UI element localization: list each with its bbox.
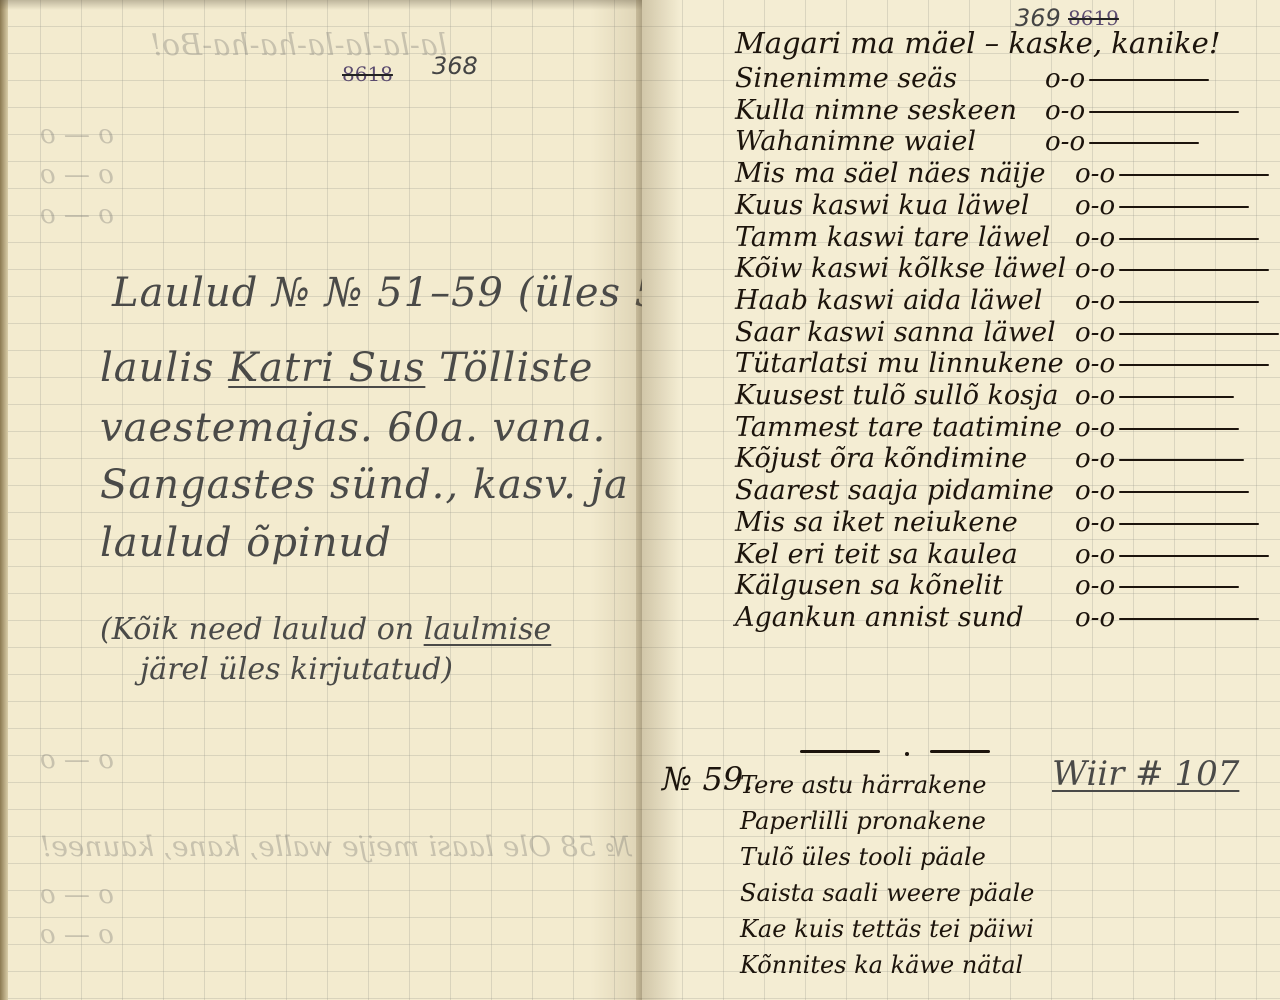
- song-line: Tulõ üles tooli päale: [740, 840, 986, 874]
- song-line: Kulla nimne seskeen: [735, 94, 1017, 128]
- refrain-continuation-line: [1119, 523, 1259, 525]
- song-line: Tammest tare taatimine: [735, 411, 1062, 445]
- refrain-continuation-line: [1089, 142, 1199, 144]
- refrain-continuation-line: [1119, 206, 1249, 208]
- refrain-mark: o-o: [1075, 316, 1279, 350]
- refrain-mark: o-o: [1075, 442, 1244, 476]
- song-line: Mis sa iket neiukene: [735, 506, 1018, 540]
- refrain-continuation-line: [1089, 111, 1239, 113]
- song-line: Agankun annist sund: [735, 601, 1024, 635]
- song-line: Kae kuis tettäs tei päiwi: [740, 912, 1034, 946]
- refrain-text: o-o: [1075, 159, 1115, 189]
- refrain-continuation-line: [1119, 238, 1259, 240]
- refrain-mark: o-o: [1075, 189, 1249, 223]
- note-line-learned: laulud õpinud: [100, 520, 392, 566]
- refrain-text: o-o: [1075, 349, 1115, 379]
- refrain-continuation-line: [1119, 428, 1239, 430]
- remark-line-1: (Kõik need laulud on laulmise: [100, 612, 551, 647]
- section-divider-dot: [905, 752, 909, 756]
- refrain-text: o-o: [1045, 96, 1085, 126]
- song-reference: Wiir # 107: [1052, 754, 1239, 794]
- refrain-text: o-o: [1075, 381, 1115, 411]
- singer-name: Katri Sus: [228, 345, 425, 391]
- refrain-mark: o-o: [1075, 252, 1269, 286]
- bleed-through-text: № 58 Ole laasi meije walle, kane, kaunee…: [40, 830, 631, 863]
- remark-underlined: laulmise: [424, 612, 552, 647]
- refrain-mark: o-o: [1075, 601, 1259, 635]
- song-line: Kõiw kaswi kõlkse läwel: [735, 252, 1066, 286]
- song-title: Magari ma mäel – kaske, kanike!: [735, 26, 1220, 60]
- refrain-text: o-o: [1075, 413, 1115, 443]
- refrain-continuation-line: [1119, 364, 1269, 366]
- left-page: la-la-la-la-ha-ha-Bo! o — o o — o o — o …: [0, 0, 642, 1000]
- section-divider: [800, 750, 880, 753]
- song-line: Saarest saaja pidamine: [735, 474, 1054, 508]
- refrain-continuation-line: [1119, 396, 1234, 398]
- note-line-residence: vaestemajas. 60a. vana.: [100, 405, 606, 451]
- song-line: Kel eri teit sa kaulea: [735, 538, 1018, 572]
- bleed-through-text: o — o: [40, 745, 114, 775]
- song-line: Paperlilli pronakene: [740, 804, 986, 838]
- refrain-mark: o-o: [1075, 538, 1269, 572]
- song-line: Mis ma säel näes näije: [735, 157, 1046, 191]
- song-line: Kuusest tulõ sullõ kosja: [735, 379, 1059, 413]
- refrain-continuation-line: [1119, 586, 1239, 588]
- refrain-text: o-o: [1075, 286, 1115, 316]
- page-number-old: 8618: [342, 62, 393, 86]
- song-line: Kõnnites ka käwe nätal: [740, 948, 1023, 982]
- refrain-text: o-o: [1075, 508, 1115, 538]
- refrain-mark: o-o: [1045, 94, 1239, 128]
- song-line: Tere astu härrakene: [740, 768, 986, 802]
- note-prefix: laulis: [100, 345, 215, 391]
- song-line: Kõjust õra kõndimine: [735, 442, 1027, 476]
- refrain-mark: o-o: [1045, 125, 1199, 159]
- song-line: Kuus kaswi kua läwel: [735, 189, 1029, 223]
- refrain-continuation-line: [1119, 269, 1269, 271]
- song-line: Saista saali weere päale: [740, 876, 1034, 910]
- remark-line-2: järel üles kirjutatud): [140, 652, 453, 687]
- bleed-through-text: la-la-la-la-ha-ha-Bo!: [150, 28, 447, 63]
- refrain-mark: o-o: [1075, 284, 1259, 318]
- song-line: Tütarlatsi mu linnukene: [735, 347, 1064, 381]
- bleed-through-text: o — o: [40, 880, 114, 910]
- refrain-mark: o-o: [1075, 506, 1259, 540]
- refrain-mark: o-o: [1075, 221, 1259, 255]
- remark-text: (Kõik need laulud on: [100, 612, 414, 647]
- refrain-mark: o-o: [1045, 62, 1209, 96]
- refrain-continuation-line: [1119, 333, 1279, 335]
- refrain-continuation-line: [1089, 79, 1209, 81]
- refrain-text: o-o: [1075, 603, 1115, 633]
- refrain-mark: o-o: [1075, 569, 1239, 603]
- refrain-mark: o-o: [1075, 411, 1239, 445]
- bleed-through-text: o — o: [40, 120, 114, 150]
- page-number: 368: [432, 52, 478, 80]
- song-line: Kälgusen sa kõnelit: [735, 569, 1003, 603]
- refrain-continuation-line: [1119, 618, 1259, 620]
- song-line: Sinenimme seäs: [735, 62, 957, 96]
- refrain-text: o-o: [1075, 476, 1115, 506]
- section-divider: [930, 750, 990, 753]
- refrain-text: o-o: [1045, 64, 1085, 94]
- note-line-origin: Sangastes sünd., kasv. ja: [100, 462, 629, 508]
- refrain-text: o-o: [1075, 223, 1115, 253]
- refrain-continuation-line: [1119, 491, 1249, 493]
- refrain-mark: o-o: [1075, 474, 1249, 508]
- refrain-text: o-o: [1075, 540, 1115, 570]
- refrain-text: o-o: [1045, 127, 1085, 157]
- refrain-text: o-o: [1075, 191, 1115, 221]
- page-shadow: [0, 0, 642, 10]
- refrain-text: o-o: [1075, 254, 1115, 284]
- song-line: Tamm kaswi tare läwel: [735, 221, 1050, 255]
- refrain-continuation-line: [1119, 555, 1269, 557]
- refrain-continuation-line: [1119, 459, 1244, 461]
- bleed-through-text: o — o: [40, 920, 114, 950]
- refrain-mark: o-o: [1075, 379, 1234, 413]
- note-line-singer: laulis Katri Sus Tölliste: [100, 345, 593, 391]
- refrain-text: o-o: [1075, 571, 1115, 601]
- refrain-text: o-o: [1075, 318, 1115, 348]
- song-line: Saar kaswi sanna läwel: [735, 316, 1056, 350]
- note-line-songs-range: Laulud № № 51–59 (üles 59): [112, 270, 642, 316]
- refrain-continuation-line: [1119, 301, 1259, 303]
- refrain-text: o-o: [1075, 444, 1115, 474]
- notebook-edge: [0, 0, 8, 1000]
- note-place: Tölliste: [439, 345, 593, 391]
- refrain-mark: o-o: [1075, 347, 1269, 381]
- bleed-through-text: o — o: [40, 200, 114, 230]
- song-line: Wahanimne waiel: [735, 125, 976, 159]
- bleed-through-text: o — o: [40, 160, 114, 190]
- refrain-continuation-line: [1119, 174, 1269, 176]
- reference-text: Wiir # 107: [1052, 754, 1239, 794]
- song-line: Haab kaswi aida läwel: [735, 284, 1042, 318]
- refrain-mark: o-o: [1075, 157, 1269, 191]
